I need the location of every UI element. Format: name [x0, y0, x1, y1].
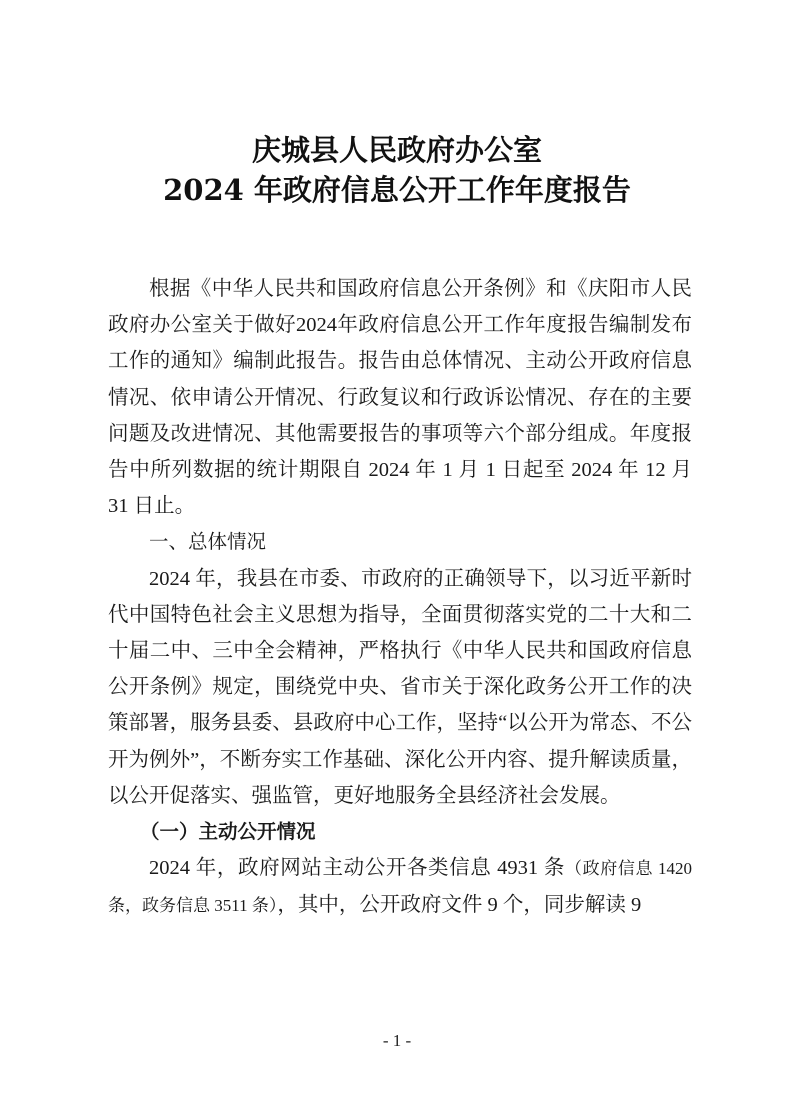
page-number: - 1 -	[0, 1031, 794, 1051]
proactive-text-part1: 2024 年，政府网站主动公开各类信息 4931 条	[149, 857, 565, 879]
section-heading-overview: 一、总体情况	[108, 524, 692, 560]
document-body: 根据《中华人民共和国政府信息公开条例》和《庆阳市人民政府办公室关于做好2024年…	[108, 271, 692, 925]
document-title-line2: 2024 年政府信息公开工作年度报告	[0, 176, 794, 205]
intro-paragraph: 根据《中华人民共和国政府信息公开条例》和《庆阳市人民政府办公室关于做好2024年…	[108, 271, 692, 524]
overview-paragraph: 2024 年，我县在市委、市政府的正确领导下，以习近平新时代中国特色社会主义思想…	[108, 561, 692, 814]
subsection-heading-proactive-disclosure: （一）主动公开情况	[108, 814, 692, 850]
document-page: 庆城县人民政府办公室 2024 年政府信息公开工作年度报告 根据《中华人民共和国…	[0, 0, 794, 1108]
document-title-line1: 庆城县人民政府办公室	[0, 136, 794, 165]
proactive-text-part2: ，其中，公开政府文件 9 个，同步解读 9	[277, 894, 641, 916]
proactive-disclosure-paragraph: 2024 年，政府网站主动公开各类信息 4931 条（政府信息 1420 条，政…	[108, 850, 692, 924]
